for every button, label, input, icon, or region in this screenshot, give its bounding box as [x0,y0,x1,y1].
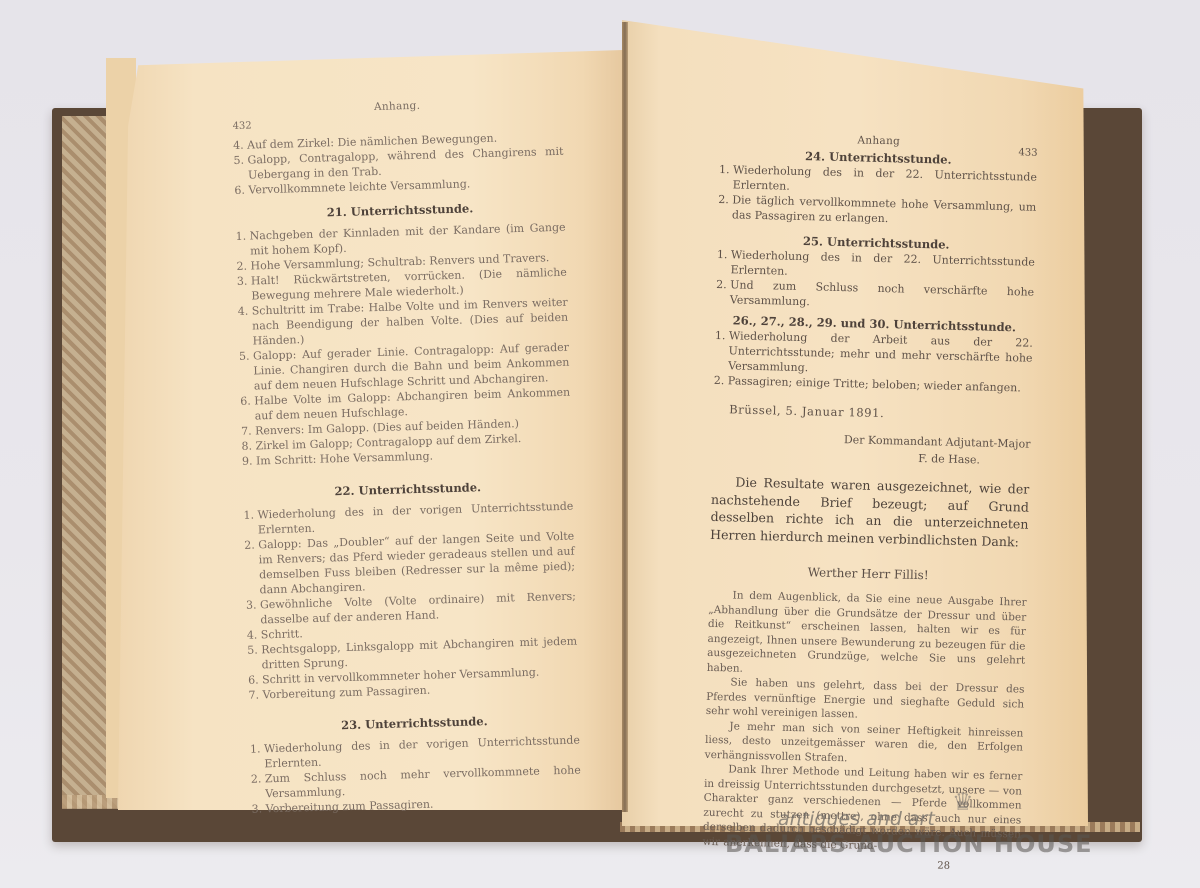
letter-paragraph: Sie haben uns gelehrt, dass bei der Dres… [706,675,1025,726]
watermark: ♛ antiques and art BALIARS AUCTION HOUSE [660,808,1140,868]
section-title: 22. Unterrichtsstunde. [243,478,573,502]
book-gutter [622,22,628,812]
lesson-list: 1.Nachgeben der Kinnladen mit der Kandar… [235,220,572,469]
section-title: 23. Unterrichtsstunde. [249,712,579,736]
watermark-brand: BALIARS AUCTION HOUSE [725,830,1093,858]
lesson-list: 1.Wiederholung des in der vorigen Unterr… [250,733,582,817]
lesson-list: 1.Wiederholung des in der vorigen Unterr… [243,499,578,703]
dateline: Brüssel, 5. Januar 1891. [729,402,1031,424]
crown-icon: ♛ [952,788,980,812]
list-item: 2.Und zum Schluss noch verschärfte hohe … [716,277,1035,315]
left-page-text: Anhang. 432 4.Auf dem Zirkel: Die nämlic… [232,95,582,817]
letter-paragraph: In dem Augenblick, da Sie eine neue Ausg… [707,588,1027,683]
body-paragraph: Die Resultate waren ausgezeichnet, wie d… [710,473,1030,551]
lesson-list: 1.Wiederholung des in der 22. Unterricht… [716,247,1035,315]
list-item: 1.Wiederholung der Arbeit aus der 22. Un… [714,328,1033,381]
list-item: 2.Galopp: Das „Doubler“ auf der langen S… [244,529,576,598]
section-title: 21. Unterrichtsstunde. [235,199,565,223]
intro-list: 4.Auf dem Zirkel: Die nämlichen Bewegung… [233,129,565,198]
lesson-list: 1.Wiederholung der Arbeit aus der 22. Un… [714,328,1033,396]
watermark-tagline: antiques and art [778,808,935,830]
list-item: 2.Die täglich vervollkommnete hohe Versa… [718,192,1037,230]
letter-salutation: Werther Herr Fillis! [709,563,1027,586]
right-page-text: Anhang 433 24. Unterrichtsstunde. 1.Wied… [702,130,1038,876]
letter-paragraph: Je mehr man sich von seiner Heftigkeit h… [705,718,1024,769]
lesson-list: 1.Wiederholung des in der 22. Unterricht… [718,162,1037,230]
page-number: 433 [1018,145,1037,160]
